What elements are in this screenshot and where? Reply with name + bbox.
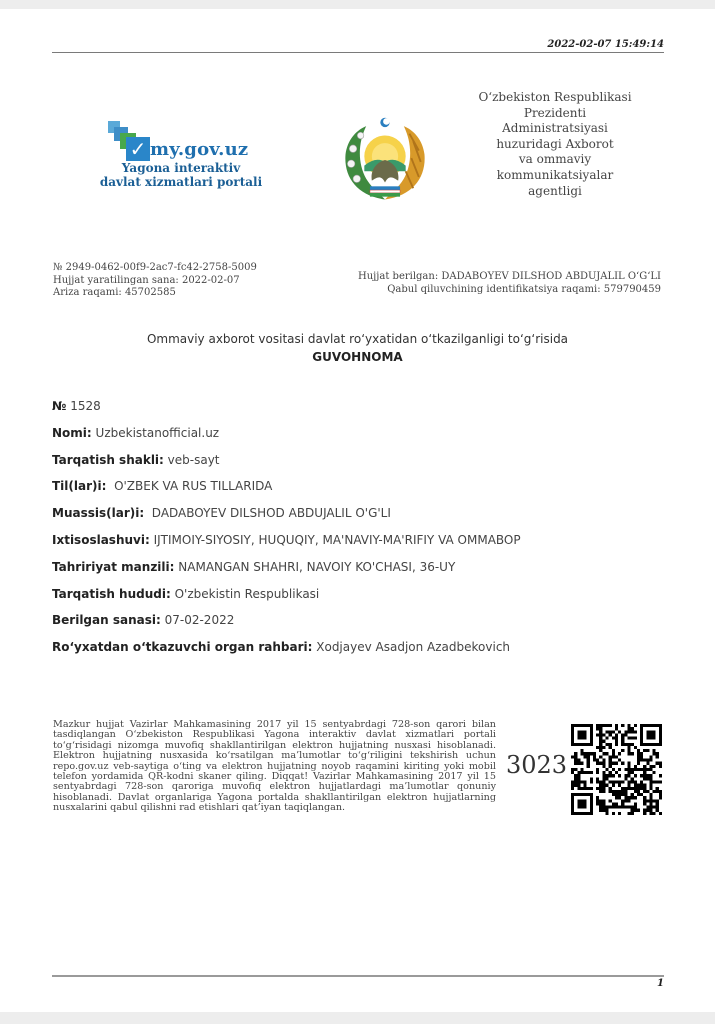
field-value: Uzbekistanofficial.uz <box>96 426 220 440</box>
field-label: Tarqatish shakli: <box>52 453 164 467</box>
field-label: Ro‘yxatdan o‘tkazuvchi organ rahbari: <box>52 640 312 654</box>
field-value: IJTIMOIY-SIYOSIY, HUQUQIY, MA'NAVIY-MA'R… <box>154 533 521 547</box>
field-label: Berilgan sanasi: <box>52 613 161 627</box>
timestamp: 2022-02-07 15:49:14 <box>547 39 664 50</box>
field-distribution-form: Tarqatish shakli: veb-sayt <box>52 453 672 480</box>
field-value: 07-02-2022 <box>165 613 235 627</box>
mygov-logo: ✓ my.gov.uz Yagona interaktiv davlat xiz… <box>100 121 260 191</box>
logo-tagline-2: davlat xizmatlari portali <box>96 175 266 189</box>
agency-line: Prezidenti <box>470 106 640 122</box>
field-registrar-head: Ro‘yxatdan o‘tkazuvchi organ rahbari: Xo… <box>52 640 672 667</box>
document-meta: № 2949-0462-00f9-2ac7-fc42-2758-5009 Huj… <box>53 262 257 300</box>
top-divider <box>52 52 664 53</box>
field-value: Xodjayev Asadjon Azadbekovich <box>316 640 510 654</box>
certificate-fields: № 1528 Nomi: Uzbekistanofficial.uz Tarqa… <box>52 399 672 667</box>
page-number: 1 <box>657 978 664 989</box>
recipient-id: Qabul qiluvchining identifikatsiya raqam… <box>358 284 661 297</box>
field-number: № 1528 <box>52 399 672 426</box>
agency-line: va ommaviy <box>470 152 640 168</box>
agency-line: O‘zbekiston Respublikasi <box>470 90 640 106</box>
field-label: Ixtisoslashuvi: <box>52 533 150 547</box>
field-value: NAMANGAN SHAHRI, NAVOIY KO'CHASI, 36-UY <box>178 560 455 574</box>
created-date: Hujjat yaratilingan sana: 2022-02-07 <box>53 275 257 288</box>
field-value: veb-sayt <box>168 453 220 467</box>
document-page: 2022-02-07 15:49:14 ✓ my.gov.uz Yagona i… <box>0 9 715 1012</box>
field-label: Nomi: <box>52 426 92 440</box>
field-languages: Til(lar)i: O'ZBEK VA RUS TILLARIDA <box>52 479 672 506</box>
agency-line: Administratsiyasi <box>470 121 640 137</box>
certificate-subtitle: Ommaviy axborot vositasi davlat ro‘yxati… <box>0 332 715 346</box>
field-label: Tahririyat manzili: <box>52 560 174 574</box>
field-value: 1528 <box>70 399 101 413</box>
verification-code: 3023 <box>506 751 567 779</box>
state-emblem-icon <box>338 113 432 207</box>
field-issue-date: Berilgan sanasi: 07-02-2022 <box>52 613 672 640</box>
field-editorial-address: Tahririyat manzili: NAMANGAN SHAHRI, NAV… <box>52 560 672 587</box>
agency-line: huzuridagi Axborot <box>470 137 640 153</box>
agency-line: agentligi <box>470 184 640 200</box>
field-label: № <box>52 399 66 413</box>
document-id: № 2949-0462-00f9-2ac7-fc42-2758-5009 <box>53 262 257 275</box>
issued-to: Hujjat berilgan: DADABOYEV DILSHOD ABDUJ… <box>358 271 661 284</box>
field-label: Muassis(lar)i: <box>52 506 144 520</box>
recipient-meta: Hujjat berilgan: DADABOYEV DILSHOD ABDUJ… <box>358 271 661 296</box>
field-specialization: Ixtisoslashuvi: IJTIMOIY-SIYOSIY, HUQUQI… <box>52 533 672 560</box>
checkmark-icon: ✓ <box>126 137 150 161</box>
field-founders: Muassis(lar)i: DADABOYEV DILSHOD ABDUJAL… <box>52 506 672 533</box>
field-label: Tarqatish hududi: <box>52 587 171 601</box>
field-distribution-area: Tarqatish hududi: O'zbekistin Respublika… <box>52 587 672 614</box>
bottom-divider <box>52 975 664 977</box>
field-value: DADABOYEV DILSHOD ABDUJALIL O'G'LI <box>148 506 391 520</box>
field-value: O'zbekistin Respublikasi <box>175 587 320 601</box>
logo-tagline-1: Yagona interaktiv <box>96 161 266 175</box>
field-label: Til(lar)i: <box>52 479 106 493</box>
logo-domain: my.gov.uz <box>150 139 248 160</box>
application-number: Ariza raqami: 45702585 <box>53 287 257 300</box>
legal-disclaimer: Mazkur hujjat Vazirlar Mahkamasining 201… <box>53 720 496 814</box>
certificate-title: GUVOHNOMA <box>0 350 715 364</box>
field-name: Nomi: Uzbekistanofficial.uz <box>52 426 672 453</box>
agency-line: kommunikatsiyalar <box>470 168 640 184</box>
issuing-agency: O‘zbekiston Respublikasi Prezidenti Admi… <box>470 90 640 199</box>
qr-code-icon <box>571 724 662 815</box>
logo-squares-icon: ✓ <box>108 121 148 161</box>
field-value: O'ZBEK VA RUS TILLARIDA <box>110 479 272 493</box>
